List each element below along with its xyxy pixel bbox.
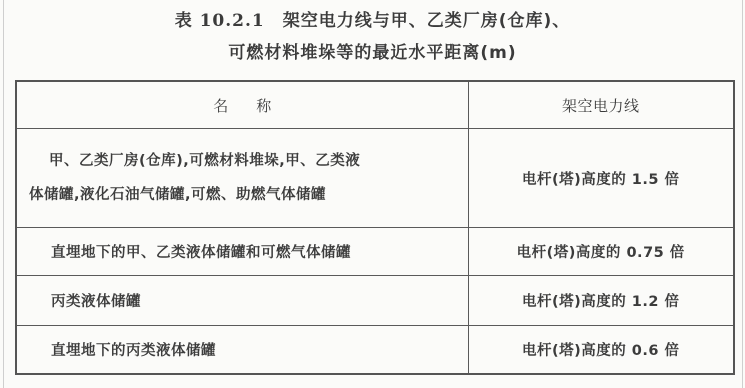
cell-distance: 电杆(塔)高度的 1.5 倍	[468, 129, 734, 228]
cell-distance: 电杆(塔)高度的 1.2 倍	[468, 276, 734, 326]
table-number: 表 10.2.1	[175, 11, 265, 31]
table-row: 直埋地下的丙类液体储罐 电杆(塔)高度的 0.6 倍	[16, 326, 734, 375]
table-title-line1: 架空电力线与甲、乙类厂房(仓库)、	[283, 11, 571, 31]
cell-name: 直埋地下的甲、乙类液体储罐和可燃气体储罐	[16, 228, 468, 276]
cell-distance: 电杆(塔)高度的 0.6 倍	[468, 326, 734, 375]
table-row: 直埋地下的甲、乙类液体储罐和可燃气体储罐 电杆(塔)高度的 0.75 倍	[16, 228, 734, 276]
table-row: 丙类液体储罐 电杆(塔)高度的 1.2 倍	[16, 276, 734, 326]
cell-name: 直埋地下的丙类液体储罐	[16, 326, 468, 375]
cell-distance: 电杆(塔)高度的 0.75 倍	[468, 228, 734, 276]
cell-name-line2: 体储罐,液化石油气储罐,可燃、助燃气体储罐	[29, 178, 468, 212]
table-header-row: 名称 架空电力线	[16, 81, 734, 129]
distance-table: 名称 架空电力线 甲、乙类厂房(仓库),可燃材料堆垛,甲、乙类液 体储罐,液化石…	[15, 80, 735, 375]
table-row: 甲、乙类厂房(仓库),可燃材料堆垛,甲、乙类液 体储罐,液化石油气储罐,可燃、助…	[16, 129, 734, 228]
column-header-name: 名称	[16, 81, 468, 129]
cell-name-line1: 甲、乙类厂房(仓库),可燃材料堆垛,甲、乙类液	[29, 144, 468, 178]
cell-name: 丙类液体储罐	[16, 276, 468, 326]
column-header-power-line: 架空电力线	[468, 81, 734, 129]
cell-name: 甲、乙类厂房(仓库),可燃材料堆垛,甲、乙类液 体储罐,液化石油气储罐,可燃、助…	[16, 129, 468, 228]
table-caption-line2: 可燃材料堆垛等的最近水平距离(m)	[0, 38, 745, 63]
table-title-line2: 可燃材料堆垛等的最近水平距离(m)	[228, 43, 516, 63]
table-caption-line1: 表 10.2.1架空电力线与甲、乙类厂房(仓库)、	[0, 6, 745, 31]
